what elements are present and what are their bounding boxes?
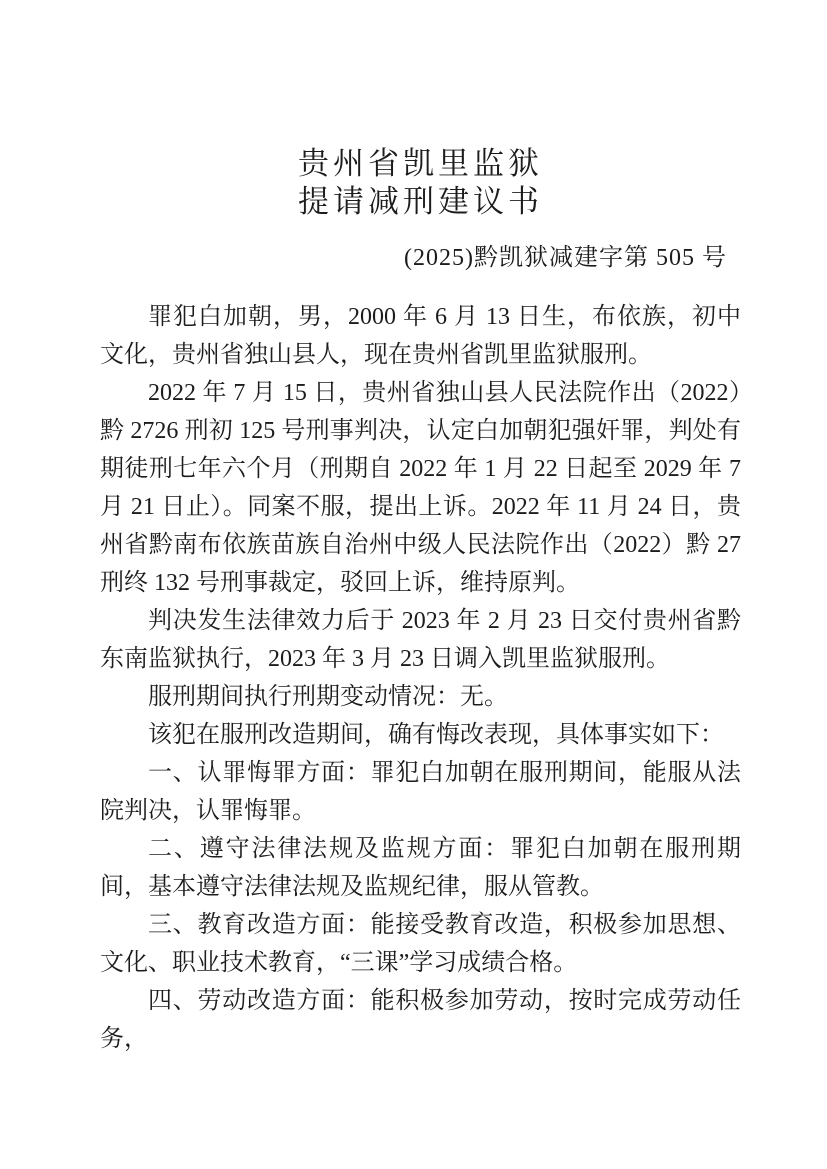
body-paragraph-repentance-intro: 该犯在服刑改造期间，确有悔改表现，具体事实如下：	[100, 716, 741, 754]
body-paragraph-item-2: 二、遵守法律法规及监规方面：罪犯白加朝在服刑期间，基本遵守法律法规及监规纪律，服…	[100, 830, 741, 906]
document-type-title: 提请减刑建议书	[100, 183, 741, 221]
document-title-block: 贵州省凯里监狱 提请减刑建议书	[100, 145, 741, 221]
document-page: 贵州省凯里监狱 提请减刑建议书 (2025)黔凯狱减建字第 505 号 罪犯白加…	[0, 0, 827, 1169]
prison-name-title: 贵州省凯里监狱	[100, 145, 741, 183]
document-content: 贵州省凯里监狱 提请减刑建议书 (2025)黔凯狱减建字第 505 号 罪犯白加…	[100, 145, 741, 1058]
body-paragraph-basic-info: 罪犯白加朝，男，2000 年 6 月 13 日生，布依族，初中文化，贵州省独山县…	[100, 298, 741, 374]
body-paragraph-term-change: 服刑期间执行刑期变动情况：无。	[100, 678, 741, 716]
document-body: 罪犯白加朝，男，2000 年 6 月 13 日生，布依族，初中文化，贵州省独山县…	[100, 298, 741, 1058]
body-paragraph-item-4: 四、劳动改造方面：能积极参加劳动，按时完成劳动任务，	[100, 982, 741, 1058]
body-paragraph-transfer: 判决发生法律效力后于 2023 年 2 月 23 日交付贵州省黔东南监狱执行，2…	[100, 602, 741, 678]
document-number: (2025)黔凯狱减建字第 505 号	[100, 242, 741, 274]
body-paragraph-judgment: 2022 年 7 月 15 日，贵州省独山县人民法院作出（2022）黔 2726…	[100, 374, 741, 602]
body-paragraph-item-3: 三、教育改造方面：能接受教育改造，积极参加思想、文化、职业技术教育，“三课”学习…	[100, 906, 741, 982]
body-paragraph-item-1: 一、认罪悔罪方面：罪犯白加朝在服刑期间，能服从法院判决，认罪悔罪。	[100, 754, 741, 830]
